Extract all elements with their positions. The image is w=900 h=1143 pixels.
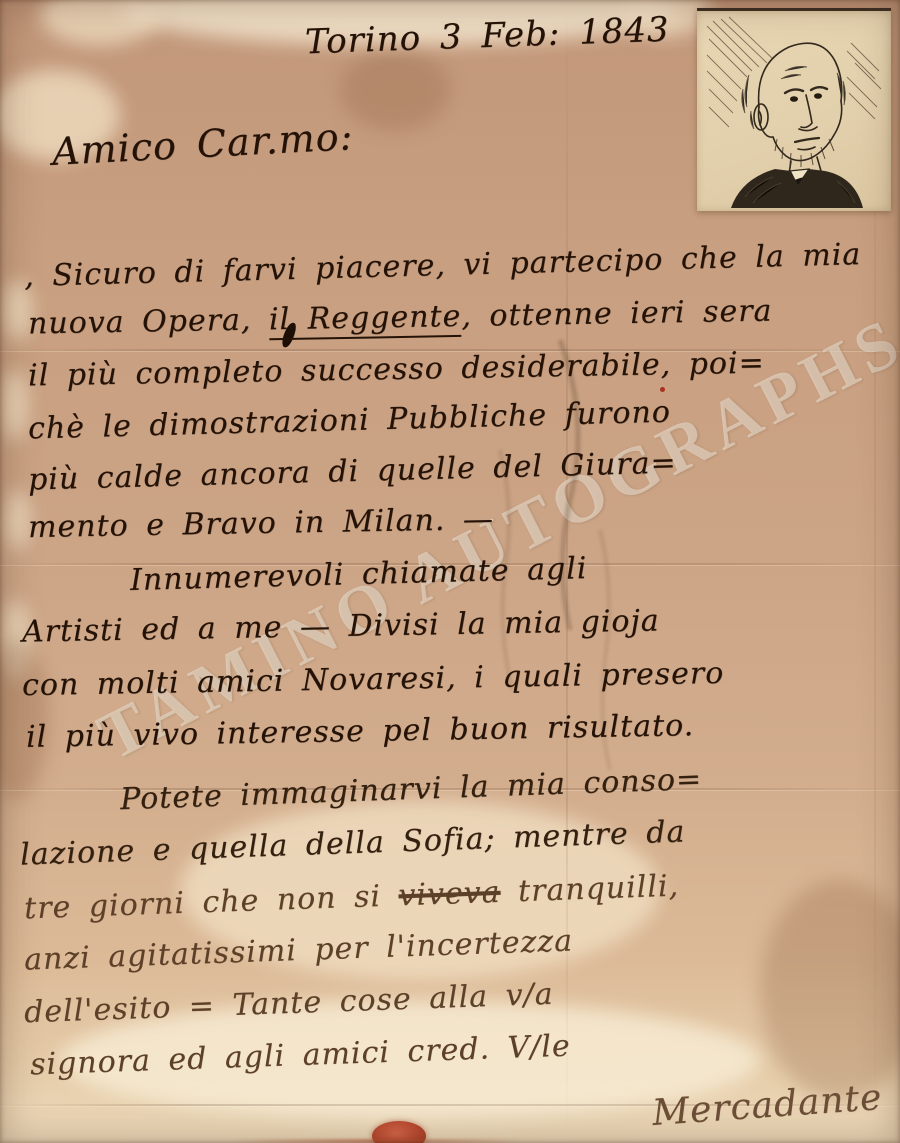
body-line-segment: nuova Opera, (28, 302, 270, 341)
body-line: , Sicuro di farvi piacere, vi partecipo … (24, 237, 862, 294)
paper-stain (40, 0, 160, 45)
letter-page: TAMINO AUTOGRAPHS (0, 0, 900, 1143)
body-line-segment: tranquilli, (500, 869, 680, 910)
paper-stain (760, 880, 900, 1100)
paper-stain (340, 50, 450, 130)
portrait-card (697, 8, 891, 211)
opera-title-underlined: il Reggente (269, 299, 462, 340)
wax-seal-smear (232, 1139, 522, 1143)
red-speck (660, 387, 665, 392)
portrait-engraving (697, 11, 891, 208)
paper-stain (4, 490, 30, 550)
paper-stain (0, 370, 28, 440)
struck-word: viveva (398, 875, 501, 914)
body-line-segment: , ottenne ieri sera (461, 294, 773, 334)
